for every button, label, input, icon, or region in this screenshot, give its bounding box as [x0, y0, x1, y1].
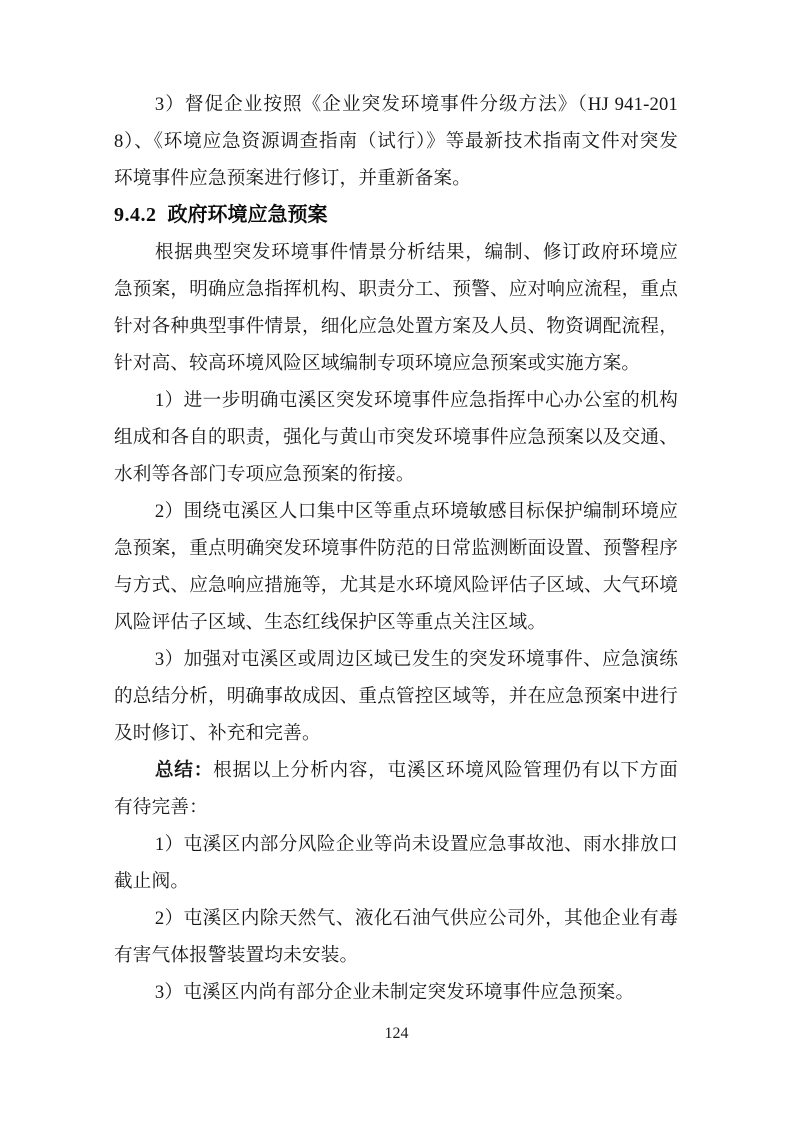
section-heading-9-4-2: 9.4.2政府环境应急预案	[114, 197, 678, 234]
summary-item-1-emergency-ponds: 1）屯溪区内部分风险企业等尚未设置应急事故池、雨水排放口截止阀。	[114, 826, 678, 900]
section-number: 9.4.2	[114, 204, 157, 226]
body-paragraph-item-3-incident-analysis: 3）加强对屯溪区或周边区域已发生的突发环境事件、应急演练的总结分析，明确事故成因…	[114, 641, 678, 752]
summary-label: 总结：	[155, 760, 213, 781]
body-paragraph-hj-standards: 3）督促企业按照《企业突发环境事件分级方法》（HJ 941-2018）、《环境应…	[114, 86, 678, 197]
document-body: 3）督促企业按照《企业突发环境事件分级方法》（HJ 941-2018）、《环境应…	[114, 86, 678, 1011]
body-paragraph-item-1-command-center: 1）进一步明确屯溪区突发环境事件应急指挥中心办公室的机构组成和各自的职责，强化与…	[114, 382, 678, 493]
page-footer: 124	[0, 1024, 793, 1044]
summary-item-3-missing-plans: 3）屯溪区内尚有部分企业未制定突发环境事件应急预案。	[114, 974, 678, 1011]
document-page: 3）督促企业按照《企业突发环境事件分级方法》（HJ 941-2018）、《环境应…	[0, 0, 793, 1122]
body-paragraph-govt-plan-overview: 根据典型突发环境事件情景分析结果，编制、修订政府环境应急预案，明确应急指挥机构、…	[114, 234, 678, 382]
page-number: 124	[385, 1025, 409, 1042]
summary-item-2-gas-alarms: 2）屯溪区内除天然气、液化石油气供应公司外，其他企业有毒有害气体报警装置均未安装…	[114, 900, 678, 974]
section-title: 政府环境应急预案	[168, 204, 328, 226]
summary-paragraph: 总结：根据以上分析内容，屯溪区环境风险管理仍有以下方面有待完善：	[114, 752, 678, 826]
body-paragraph-item-2-sensitive-targets: 2）围绕屯溪区人口集中区等重点环境敏感目标保护编制环境应急预案，重点明确突发环境…	[114, 493, 678, 641]
